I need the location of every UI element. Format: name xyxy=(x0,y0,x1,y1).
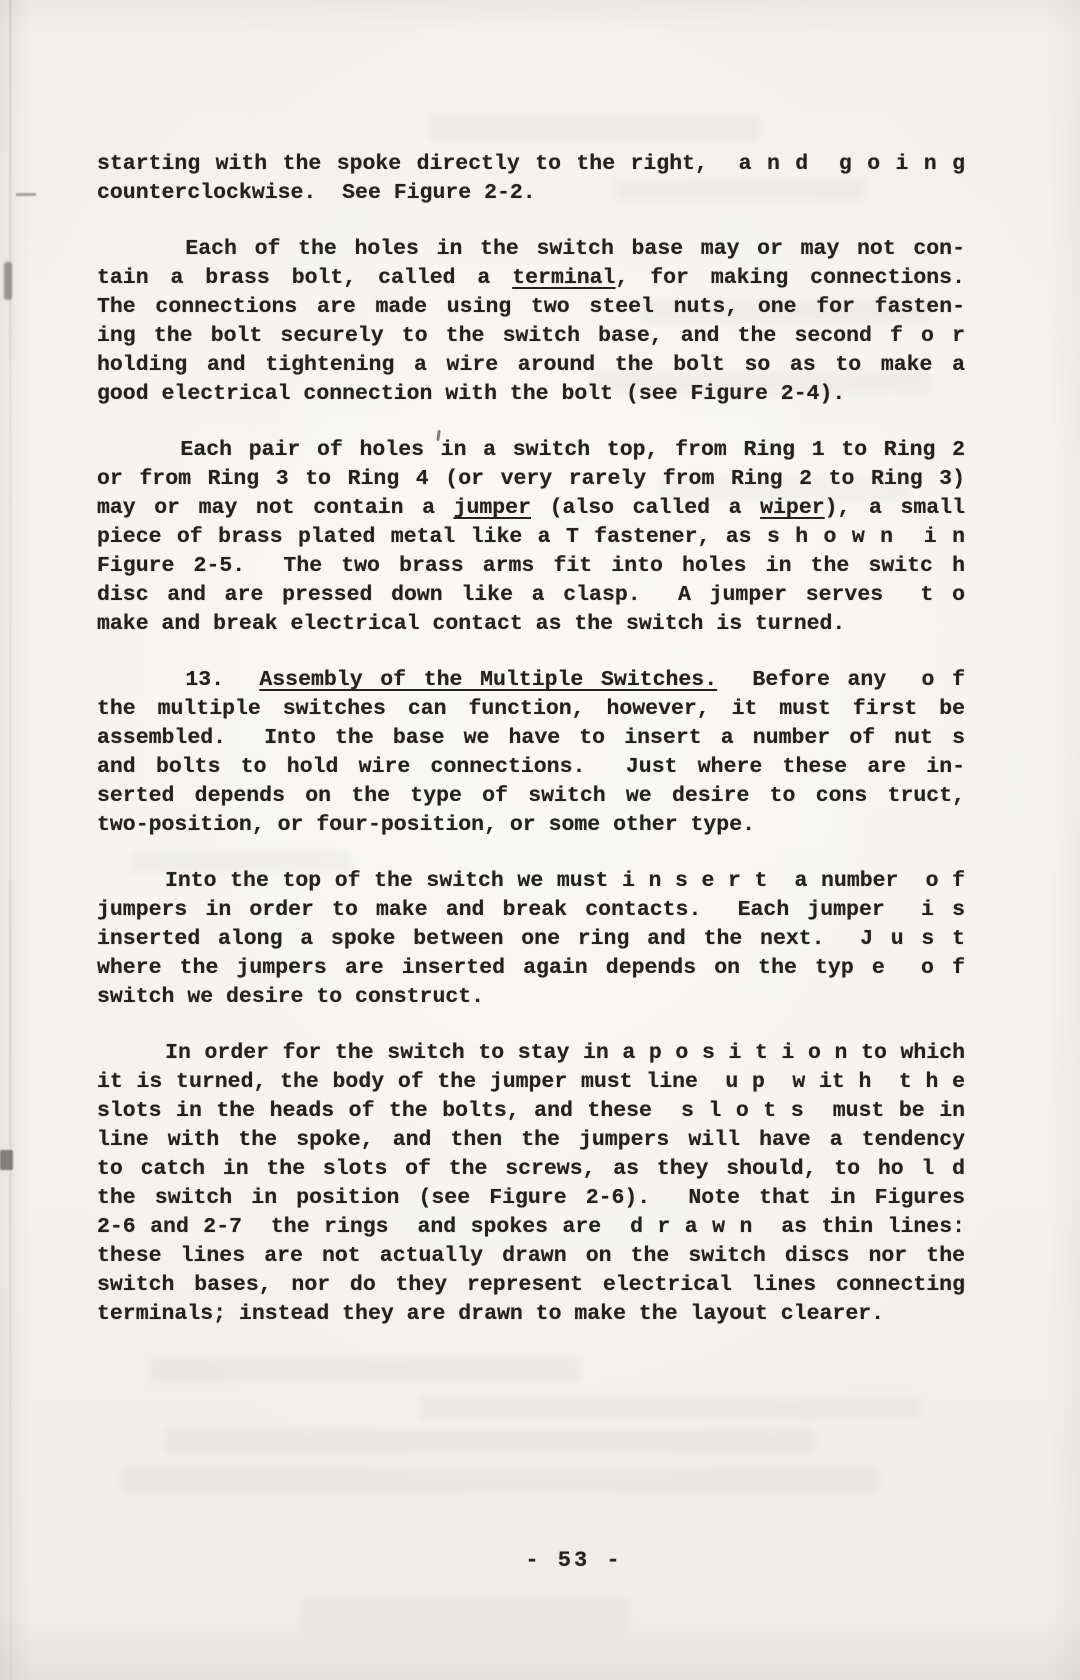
paragraph: 13. Assembly of the Multiple Switches. B… xyxy=(97,666,965,840)
text-line: serted depends on the type of switch we … xyxy=(97,782,965,811)
text-line: good electrical connection with the bolt… xyxy=(97,380,965,409)
scan-crease-artifact xyxy=(9,0,12,1680)
text-line: holding and tightening a wire around the… xyxy=(97,351,965,380)
text-line: where the jumpers are inserted again dep… xyxy=(97,954,965,983)
text-segment: The connections are made using two steel… xyxy=(97,295,965,319)
paragraph: Each pair of holes in a switch top, from… xyxy=(97,436,965,639)
page-number: - 53 - xyxy=(525,1548,622,1573)
text-line: ing the bolt securely to the switch base… xyxy=(97,322,965,351)
text-line: the multiple switches can function, howe… xyxy=(97,695,965,724)
text-line: counterclockwise. See Figure 2-2. xyxy=(97,179,965,208)
text-line: Each pair of holes in a switch top, from… xyxy=(97,436,965,465)
text-line: 13. Assembly of the Multiple Switches. B… xyxy=(97,666,965,695)
text-segment: may or may not contain a xyxy=(97,496,454,520)
text-line: 2-6 and 2-7 the rings and spokes are d r… xyxy=(97,1213,965,1242)
text-line: switch we desire to construct. xyxy=(97,983,965,1012)
text-line: starting with the spoke directly to the … xyxy=(97,150,965,179)
text-line: switch bases, nor do they represent elec… xyxy=(97,1271,965,1300)
text-line: Each of the holes in the switch base may… xyxy=(97,235,965,264)
underlined-term: wiper xyxy=(760,496,825,520)
stray-dash-artifact xyxy=(16,193,36,196)
text-line: inserted along a spoke between one ring … xyxy=(97,925,965,954)
text-segment: Each of the holes in the switch base may… xyxy=(97,237,965,261)
underlined-term: terminal xyxy=(512,266,615,290)
text-segment: switch bases, nor do they represent elec… xyxy=(97,1273,965,1297)
text-segment: these lines are not actually drawn on th… xyxy=(97,1244,965,1268)
paragraph: In order for the switch to stay in a p o… xyxy=(97,1039,965,1329)
text-segment: tain a brass bolt, called a xyxy=(97,266,512,290)
text-segment: counterclockwise. See Figure 2-2. xyxy=(97,181,536,205)
text-segment: line with the spoke, and then the jumper… xyxy=(97,1128,965,1152)
text-segment: jumpers in order to make and break conta… xyxy=(97,898,965,922)
scanned-document-page: starting with the spoke directly to the … xyxy=(0,0,1080,1680)
text-segment: it is turned, the body of the jumper mus… xyxy=(97,1070,965,1094)
bleedthrough-artifact xyxy=(165,1428,815,1454)
text-segment: , for making connections. xyxy=(615,266,965,290)
text-line: Figure 2-5. The two brass arms fit into … xyxy=(97,552,965,581)
paragraph: Into the top of the switch we must i n s… xyxy=(97,867,965,1012)
text-line: piece of brass plated metal like a T fas… xyxy=(97,523,965,552)
text-segment: the multiple switches can function, howe… xyxy=(97,697,965,721)
paragraph: Each of the holes in the switch base may… xyxy=(97,235,965,409)
text-segment: 13. xyxy=(97,668,259,692)
bleedthrough-artifact xyxy=(150,1358,580,1382)
scan-edge-mark xyxy=(0,1150,13,1170)
text-segment: Each pair of holes in a switch top, from… xyxy=(97,438,965,462)
text-line: make and break electrical contact as the… xyxy=(97,610,965,639)
text-segment: where the jumpers are inserted again dep… xyxy=(97,956,965,980)
scan-edge-mark xyxy=(4,262,12,300)
bleedthrough-artifact xyxy=(420,1396,920,1420)
text-line: it is turned, the body of the jumper mus… xyxy=(97,1068,965,1097)
paragraph: starting with the spoke directly to the … xyxy=(97,150,965,208)
text-block: starting with the spoke directly to the … xyxy=(97,150,965,1329)
text-line: In order for the switch to stay in a p o… xyxy=(97,1039,965,1068)
bleedthrough-artifact xyxy=(120,1466,880,1494)
text-segment: Into the top of the switch we must i n s… xyxy=(97,869,965,893)
text-segment: make and break electrical contact as the… xyxy=(97,612,845,636)
text-line: disc and are pressed down like a clasp. … xyxy=(97,581,965,610)
text-line: The connections are made using two steel… xyxy=(97,293,965,322)
text-segment: piece of brass plated metal like a T fas… xyxy=(97,525,965,549)
text-segment: and bolts to hold wire connections. Just… xyxy=(97,755,965,779)
text-line: or from Ring 3 to Ring 4 (or very rarely… xyxy=(97,465,965,494)
text-segment: (also called a xyxy=(531,496,760,520)
text-line: assembled. Into the base we have to inse… xyxy=(97,724,965,753)
text-line: to catch in the slots of the screws, as … xyxy=(97,1155,965,1184)
text-segment: good electrical connection with the bolt… xyxy=(97,382,845,406)
text-line: Into the top of the switch we must i n s… xyxy=(97,867,965,896)
text-line: tain a brass bolt, called a terminal, fo… xyxy=(97,264,965,293)
text-segment: ), a small xyxy=(825,496,965,520)
text-line: and bolts to hold wire connections. Just… xyxy=(97,753,965,782)
text-segment: switch we desire to construct. xyxy=(97,985,484,1009)
text-line: two-position, or four-position, or some … xyxy=(97,811,965,840)
text-line: slots in the heads of the bolts, and the… xyxy=(97,1097,965,1126)
bleedthrough-artifact xyxy=(430,116,760,140)
underlined-term: jumper xyxy=(454,496,531,520)
text-segment: holding and tightening a wire around the… xyxy=(97,353,965,377)
text-line: terminals; instead they are drawn to mak… xyxy=(97,1300,965,1329)
text-segment: the switch in position (see Figure 2-6).… xyxy=(97,1186,965,1210)
text-line: jumpers in order to make and break conta… xyxy=(97,896,965,925)
text-segment: In order for the switch to stay in a p o… xyxy=(97,1041,965,1065)
text-segment: inserted along a spoke between one ring … xyxy=(97,927,965,951)
text-line: line with the spoke, and then the jumper… xyxy=(97,1126,965,1155)
text-segment: or from Ring 3 to Ring 4 (or very rarely… xyxy=(97,467,965,491)
text-line: may or may not contain a jumper (also ca… xyxy=(97,494,965,523)
text-segment: Before any o f xyxy=(717,668,965,692)
text-line: the switch in position (see Figure 2-6).… xyxy=(97,1184,965,1213)
text-line: these lines are not actually drawn on th… xyxy=(97,1242,965,1271)
text-segment: Figure 2-5. The two brass arms fit into … xyxy=(97,554,965,578)
text-segment: terminals; instead they are drawn to mak… xyxy=(97,1302,884,1326)
underlined-term: Assembly of the Multiple Switches. xyxy=(259,668,717,692)
text-segment: to catch in the slots of the screws, as … xyxy=(97,1157,965,1181)
text-segment: two-position, or four-position, or some … xyxy=(97,813,755,837)
text-segment: disc and are pressed down like a clasp. … xyxy=(97,583,965,607)
text-segment: 2-6 and 2-7 the rings and spokes are d r… xyxy=(97,1215,965,1239)
text-segment: serted depends on the type of switch we … xyxy=(97,784,965,808)
text-segment: assembled. Into the base we have to inse… xyxy=(97,726,965,750)
bleedthrough-artifact xyxy=(300,1598,630,1632)
text-segment: slots in the heads of the bolts, and the… xyxy=(97,1099,965,1123)
text-segment: ing the bolt securely to the switch base… xyxy=(97,324,965,348)
text-segment: starting with the spoke directly to the … xyxy=(97,152,965,176)
